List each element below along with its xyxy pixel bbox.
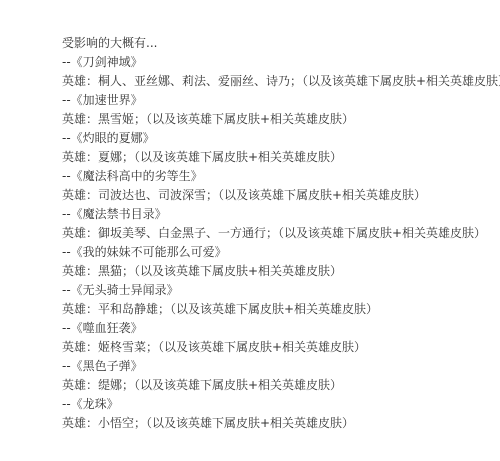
series-title: --《魔法科高中的劣等生》 <box>62 167 500 186</box>
series-title: --《龙珠》 <box>62 395 500 414</box>
hero-list: 英雄：桐人、亚丝娜、莉法、爱丽丝、诗乃；（以及该英雄下属皮肤+相关英雄皮肤） <box>62 72 500 91</box>
series-title: --《加速世界》 <box>62 91 500 110</box>
intro-text: 受影响的大概有... <box>62 34 500 53</box>
series-title: --《刀剑神域》 <box>62 53 500 72</box>
hero-list: 英雄：夏娜；（以及该英雄下属皮肤+相关英雄皮肤） <box>62 148 500 167</box>
hero-list: 英雄：姬柊雪菜；（以及该英雄下属皮肤+相关英雄皮肤） <box>62 338 500 357</box>
hero-list: 英雄：司波达也、司波深雪；（以及该英雄下属皮肤+相关英雄皮肤） <box>62 186 500 205</box>
document-body: 受影响的大概有... --《刀剑神域》 英雄：桐人、亚丝娜、莉法、爱丽丝、诗乃；… <box>62 34 500 433</box>
hero-list: 英雄：小悟空；（以及该英雄下属皮肤+相关英雄皮肤） <box>62 414 500 433</box>
series-title: --《灼眼的夏娜》 <box>62 129 500 148</box>
series-title: --《无头骑士异闻录》 <box>62 281 500 300</box>
series-title: --《我的妹妹不可能那么可爱》 <box>62 243 500 262</box>
series-title: --《噬血狂袭》 <box>62 319 500 338</box>
hero-list: 英雄：缇娜；（以及该英雄下属皮肤+相关英雄皮肤） <box>62 376 500 395</box>
series-title: --《黑色子弹》 <box>62 357 500 376</box>
hero-list: 英雄：黑猫；（以及该英雄下属皮肤+相关英雄皮肤） <box>62 262 500 281</box>
hero-list: 英雄：黑雪姬；（以及该英雄下属皮肤+相关英雄皮肤） <box>62 110 500 129</box>
series-title: --《魔法禁书目录》 <box>62 205 500 224</box>
hero-list: 英雄：平和岛静雄；（以及该英雄下属皮肤+相关英雄皮肤） <box>62 300 500 319</box>
hero-list: 英雄：御坂美琴、白金黑子、一方通行；（以及该英雄下属皮肤+相关英雄皮肤） <box>62 224 500 243</box>
